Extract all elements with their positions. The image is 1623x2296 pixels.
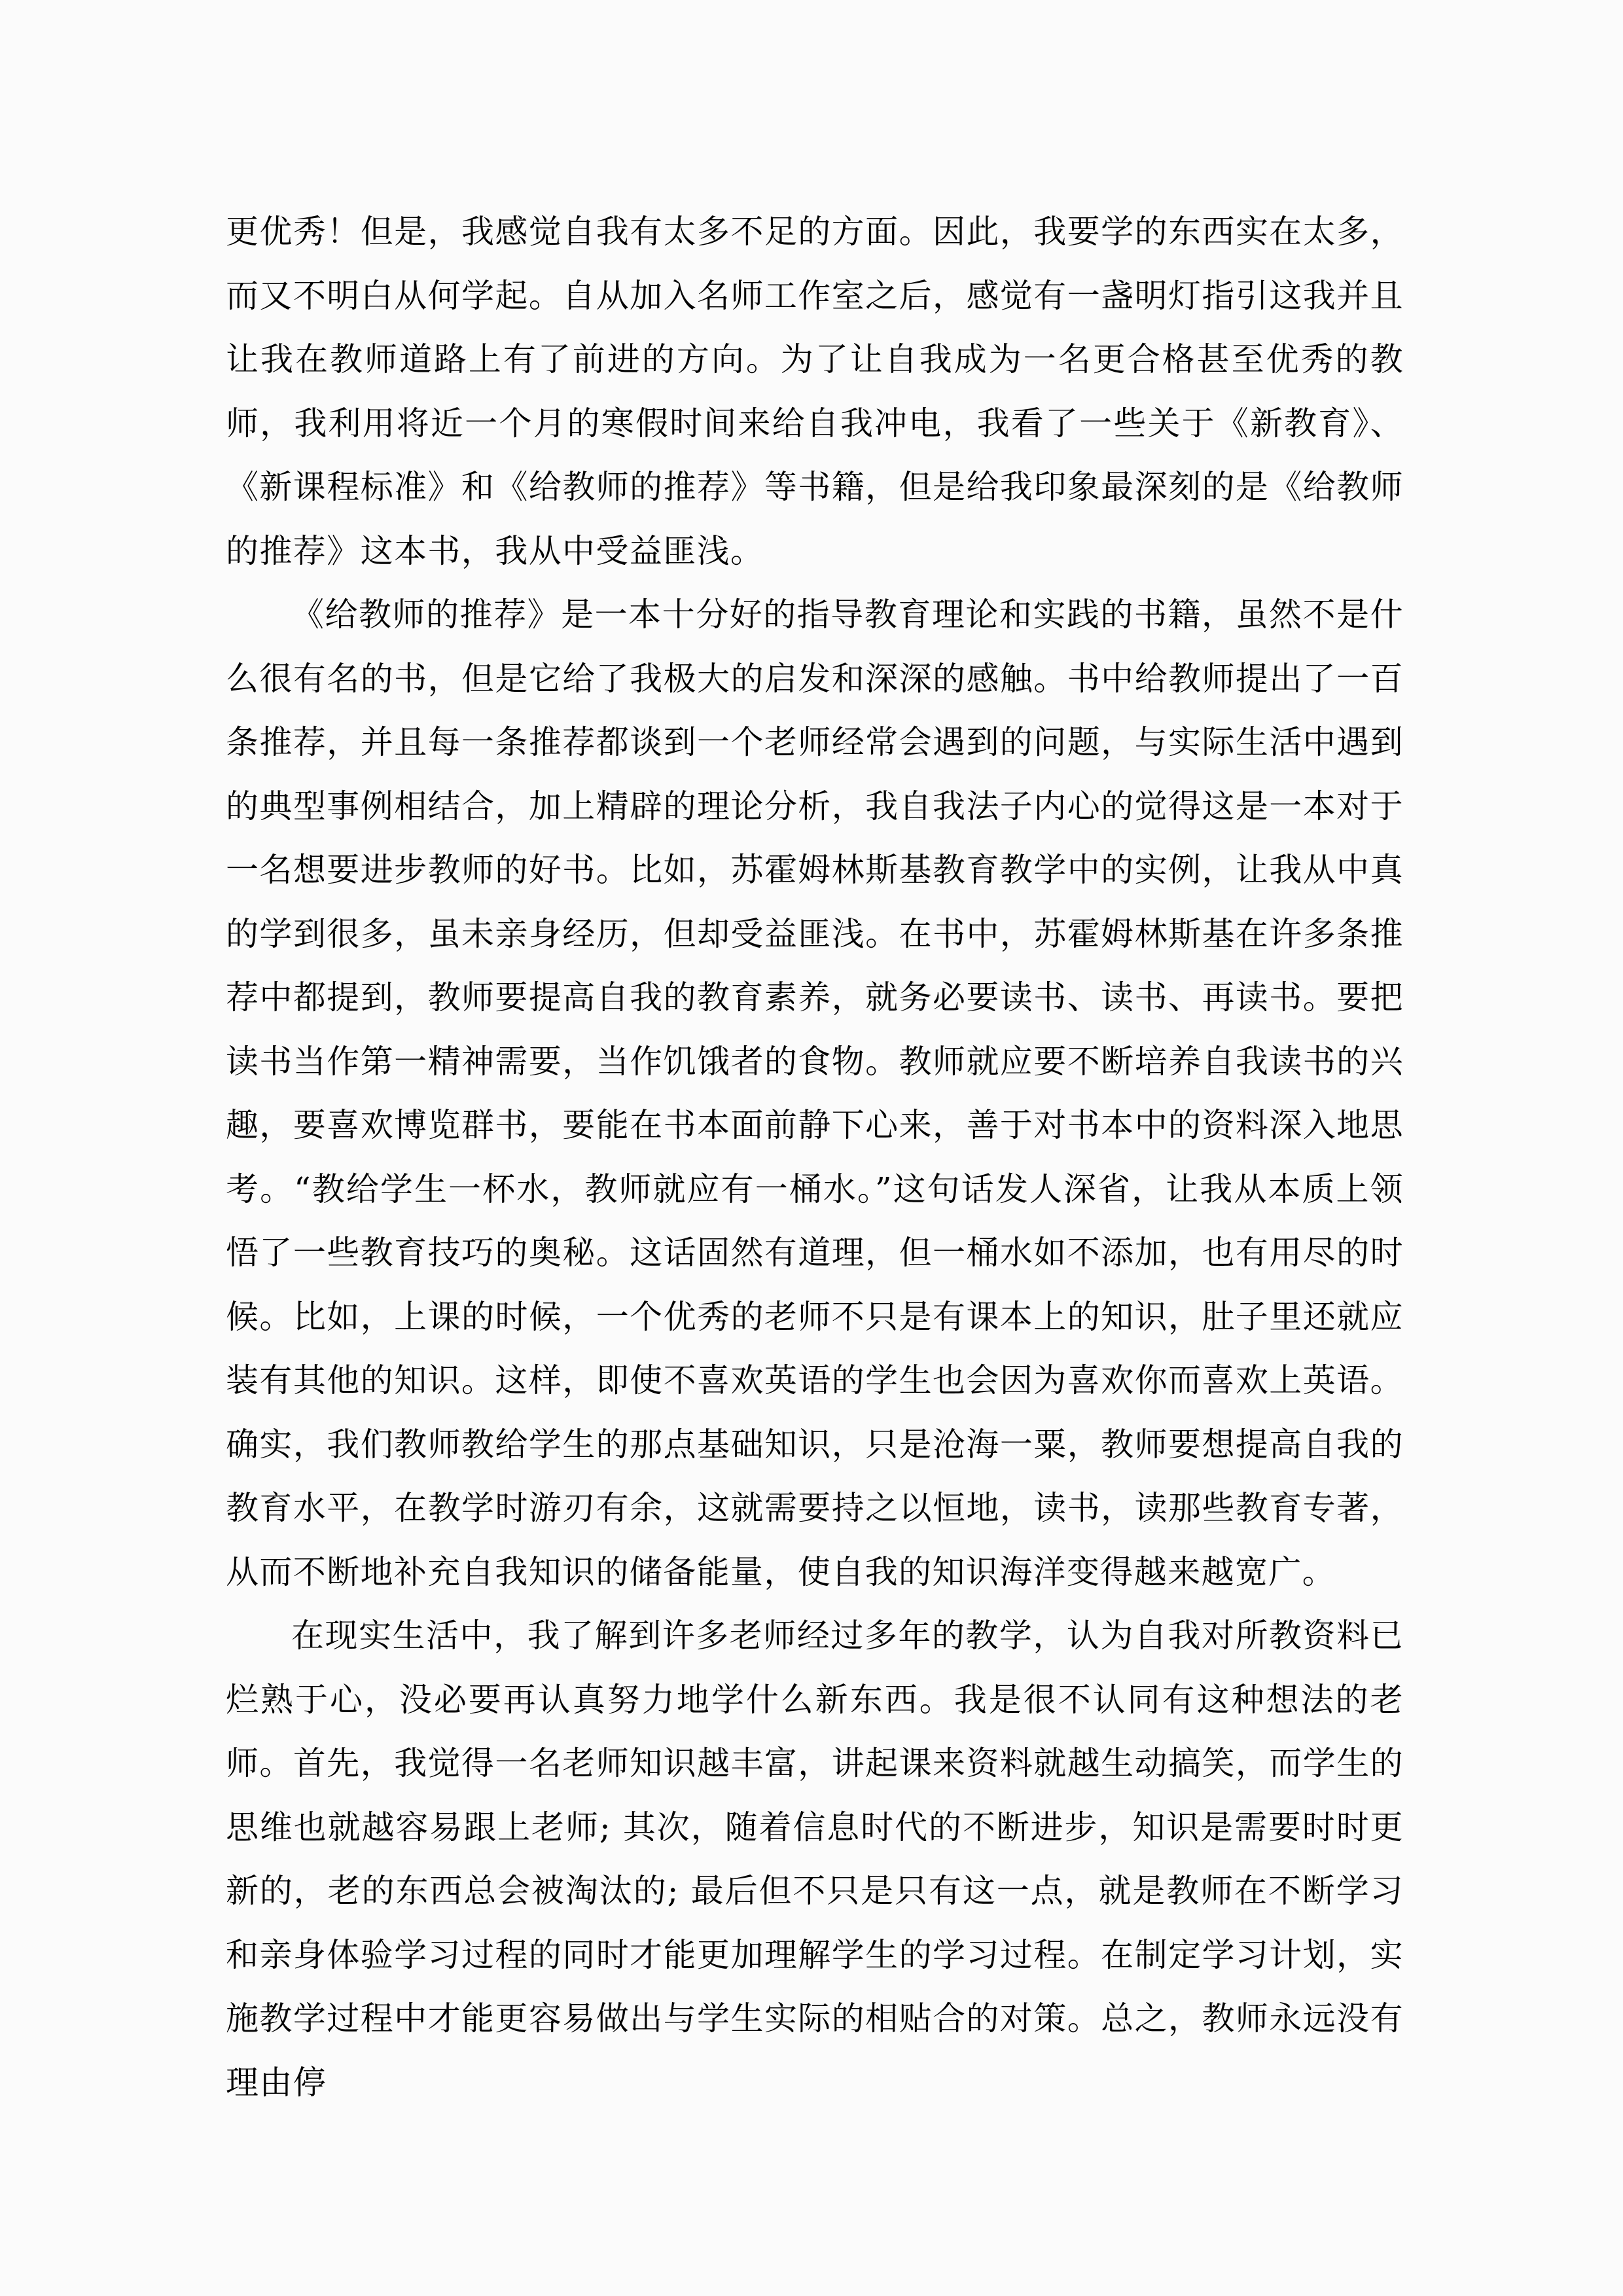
paragraph-book-review: 《给教师的推荐》是一本十分好的指导教育理论和实践的书籍，虽然不是什么很有名的书，… [226, 583, 1404, 1604]
document-page: 更优秀！但是，我感觉自我有太多不足的方面。因此，我要学的东西实在太多，而又不明白… [0, 0, 1623, 2296]
essay-body: 更优秀！但是，我感觉自我有太多不足的方面。因此，我要学的东西实在太多，而又不明白… [226, 200, 1404, 2115]
paragraph-continuation: 更优秀！但是，我感觉自我有太多不足的方面。因此，我要学的东西实在太多，而又不明白… [226, 200, 1404, 583]
paragraph-real-life: 在现实生活中，我了解到许多老师经过多年的教学，认为自我对所教资料已烂熟于心，没必… [226, 1604, 1404, 2115]
